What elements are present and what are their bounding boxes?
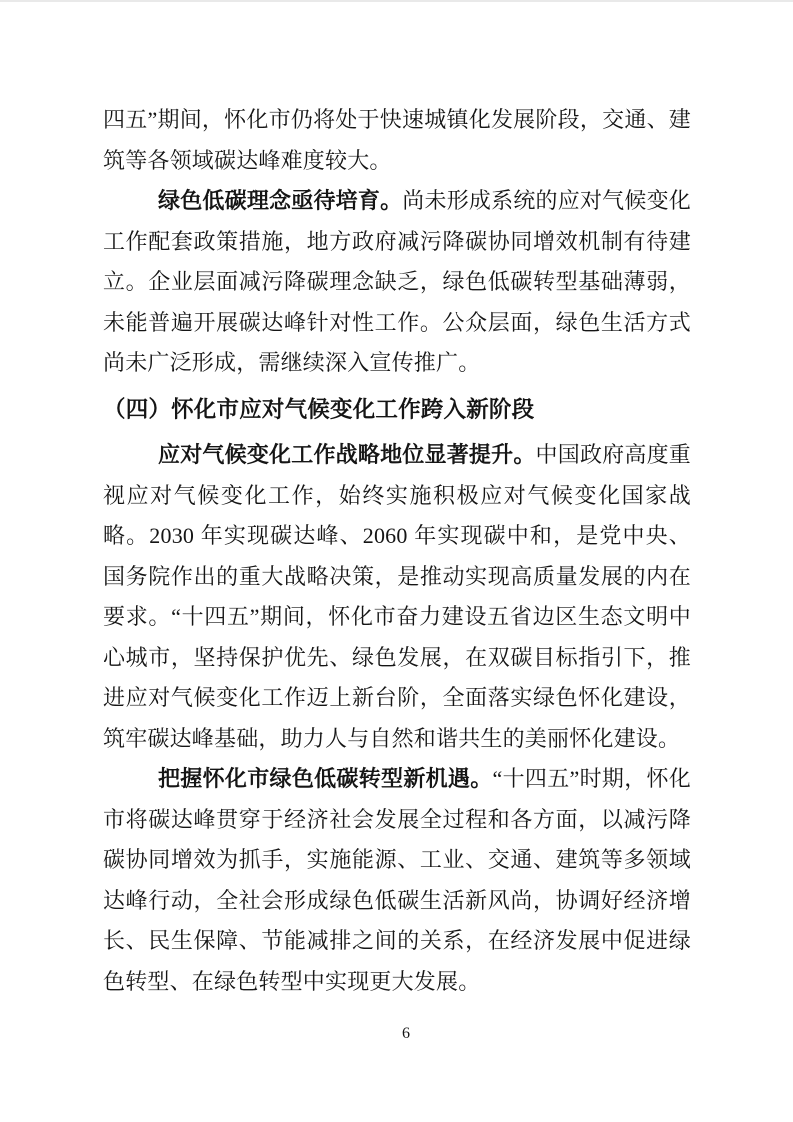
bold-lead-text: 把握怀化市绿色低碳转型新机遇。	[158, 766, 493, 791]
bold-lead-text: 绿色低碳理念亟待培育。	[158, 188, 402, 213]
body-text: 尚未形成系统的应对气候变化工作配套政策措施，地方政府减污降碳协同增效机制有待建立…	[103, 188, 691, 375]
paragraph: 绿色低碳理念亟待培育。尚未形成系统的应对气候变化工作配套政策措施，地方政府减污降…	[103, 181, 691, 384]
document-body: 四五”期间，怀化市仍将处于快速城镇化发展阶段，交通、建筑等各领域碳达峰难度较大。…	[103, 100, 691, 1002]
bold-lead-text: 应对气候变化工作战略地位显著提升。	[158, 442, 536, 467]
page-footer: 6	[103, 1023, 691, 1045]
body-text: “十四五”时期，怀化市将碳达峰贯穿于经济社会发展全过程和各方面，以减污降碳协同增…	[103, 766, 691, 994]
bold-lead-text: （四）怀化市应对气候变化工作跨入新阶段	[103, 397, 534, 422]
document-page: { "colors": { "page_background": "#fffff…	[0, 0, 793, 1122]
section-heading: （四）怀化市应对气候变化工作跨入新阶段	[103, 390, 691, 431]
body-text: 四五”期间，怀化市仍将处于快速城镇化发展阶段，交通、建筑等各领域碳达峰难度较大。	[103, 107, 691, 173]
body-text: 中国政府高度重视应对气候变化工作，始终实施积极应对气候变化国家战略。2030 年…	[103, 442, 691, 751]
paragraph: 把握怀化市绿色低碳转型新机遇。“十四五”时期，怀化市将碳达峰贯穿于经济社会发展全…	[103, 759, 691, 1002]
page-number: 6	[384, 1023, 410, 1045]
paragraph: 四五”期间，怀化市仍将处于快速城镇化发展阶段，交通、建筑等各领域碳达峰难度较大。	[103, 100, 691, 181]
paragraph: 应对气候变化工作战略地位显著提升。中国政府高度重视应对气候变化工作，始终实施积极…	[103, 435, 691, 759]
page-top-edge	[0, 0, 793, 2]
